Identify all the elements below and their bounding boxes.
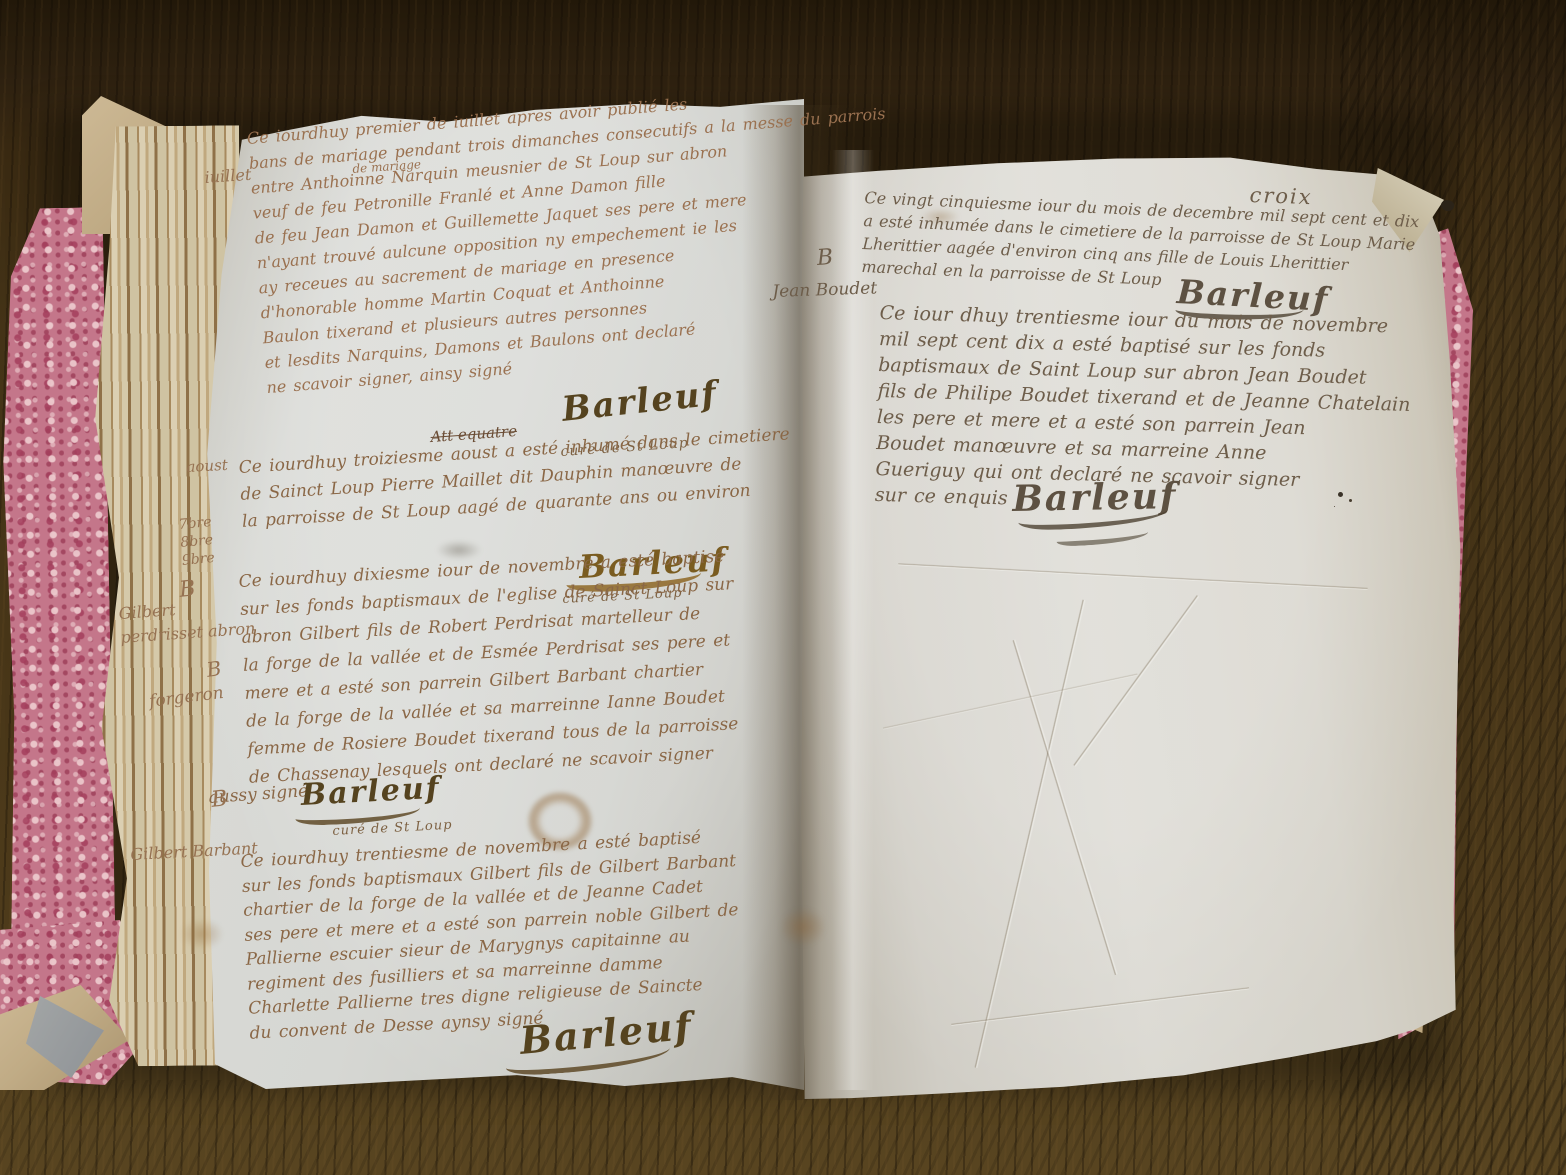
entry-marriage-july: Ce iourdhuy premier de iuillet apres avo… — [246, 76, 904, 400]
right-margin-paraph: B — [816, 245, 834, 271]
margin-note-gilbert: Gilbert perdrisset abron — [118, 593, 256, 650]
right-margin-note-jean-boudet: Jean Boudet — [772, 278, 877, 302]
entry-baptism-nov10: Ce iourdhuy dixiesme iour de novembre a … — [238, 542, 743, 792]
margin-note-months: 7bre 8bre 9bre — [178, 513, 215, 570]
margin-paraph-2: B — [205, 656, 223, 682]
margin-note-august: aoust — [186, 456, 228, 476]
photo-of-parish-register: iuillet Ce iourdhuy premier de iuillet a… — [0, 0, 1566, 1175]
margin-note-july: iuillet — [204, 165, 252, 187]
margin-paraph-3: B — [210, 786, 229, 813]
